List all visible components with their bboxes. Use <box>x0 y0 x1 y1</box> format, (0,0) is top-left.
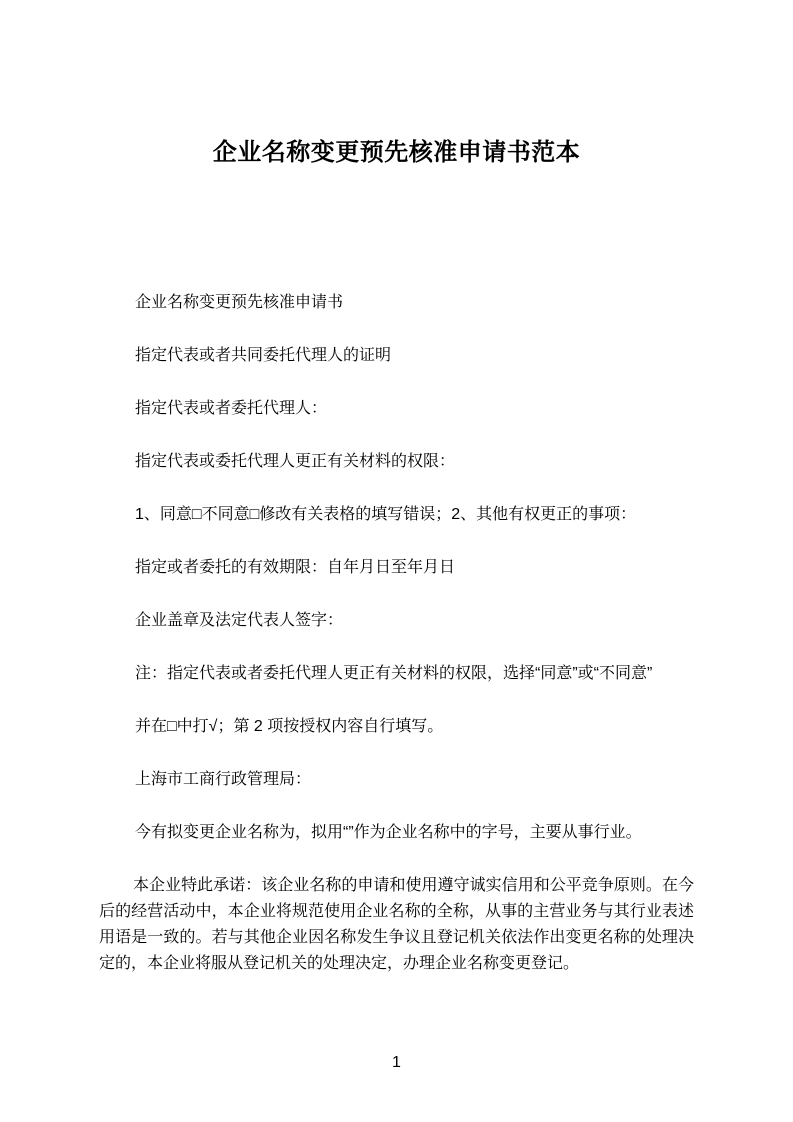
document-title: 企业名称变更预先核准申请书范本 <box>0 136 793 170</box>
paragraph-commitment: 本企业特此承诺：该企业名称的申请和使用遵守诚实信用和公平竞争原则。在今后的经营活… <box>99 873 694 977</box>
document-page: 企业名称变更预先核准申请书范本 企业名称变更预先核准申请书 指定代表或者共同委托… <box>0 0 793 1122</box>
paragraph-application-heading: 企业名称变更预先核准申请书 <box>99 290 694 316</box>
paragraph-agree-checkboxes: 1、同意□不同意□修改有关表格的填写错误；2、其他有权更正的事项： <box>99 502 694 528</box>
document-body: 企业名称变更预先核准申请书 指定代表或者共同委托代理人的证明 指定代表或者委托代… <box>99 290 694 977</box>
paragraph-note-line-1: 注：指定代表或者委托代理人更正有关材料的权限，选择“同意”或“不同意” <box>99 661 694 687</box>
paragraph-seal-signature: 企业盖章及法定代表人签字： <box>99 608 694 634</box>
paragraph-name-change-request: 今有拟变更企业名称为，拟用“”作为企业名称中的字号，主要从事行业。 <box>99 820 694 846</box>
paragraph-validity-period: 指定或者委托的有效期限：自年月日至年月日 <box>99 555 694 581</box>
paragraph-authority-salutation: 上海市工商行政管理局： <box>99 767 694 793</box>
page-number: 1 <box>0 1050 793 1076</box>
paragraph-designated-agent: 指定代表或者委托代理人： <box>99 396 694 422</box>
paragraph-note-line-2: 并在□中打√；第 2 项按授权内容自行填写。 <box>99 714 694 740</box>
paragraph-agent-certificate-heading: 指定代表或者共同委托代理人的证明 <box>99 343 694 369</box>
paragraph-agent-authority: 指定代表或委托代理人更正有关材料的权限： <box>99 449 694 475</box>
